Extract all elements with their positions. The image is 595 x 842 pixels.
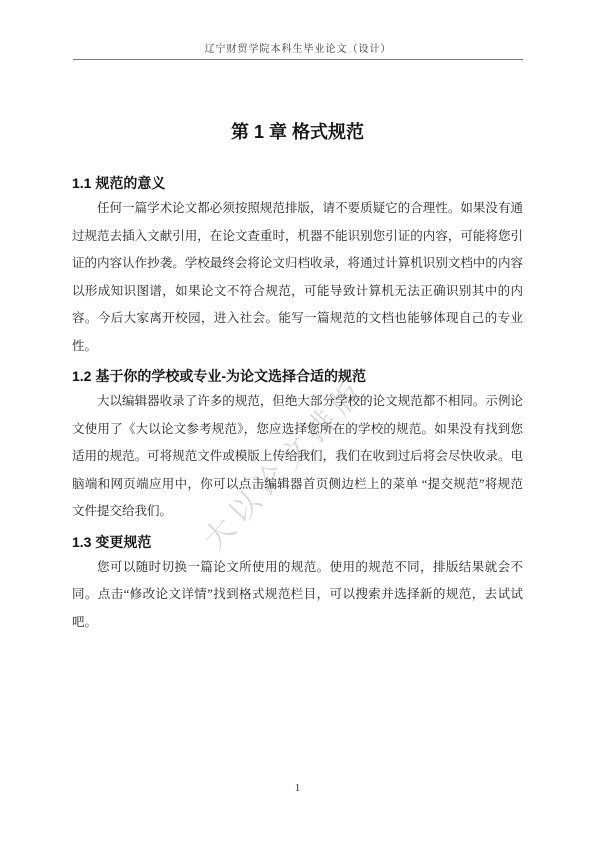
section-heading-1-1: 1.1 规范的意义: [72, 175, 523, 192]
chapter-title: 第 1 章 格式规范: [72, 122, 523, 142]
page-content: 第 1 章 格式规范 1.1 规范的意义 任何一篇学术论文都必须按照规范排版，请…: [72, 122, 523, 636]
document-page: 辽宁财贸学院本科生毕业论文（设计） 大以论文排版 第 1 章 格式规范 1.1 …: [0, 0, 595, 842]
section-paragraph-1-1: 任何一篇学术论文都必须按照规范排版，请不要质疑它的合理性。如果没有通过规范去插入…: [72, 195, 523, 360]
section-heading-1-3: 1.3 变更规范: [72, 534, 523, 551]
section-paragraph-1-2: 大以编辑器收录了许多的规范，但绝大部分学校的论文规范都不相同。示例论文使用了《大…: [72, 388, 523, 526]
running-header: 辽宁财贸学院本科生毕业论文（设计）: [73, 40, 523, 60]
section-heading-1-2: 1.2 基于你的学校或专业-为论文选择合适的规范: [72, 368, 523, 385]
page-number: 1: [0, 782, 595, 794]
section-paragraph-1-3: 您可以随时切换一篇论文所使用的规范。使用的规范不同，排版结果就会不同。点击“修改…: [72, 554, 523, 637]
